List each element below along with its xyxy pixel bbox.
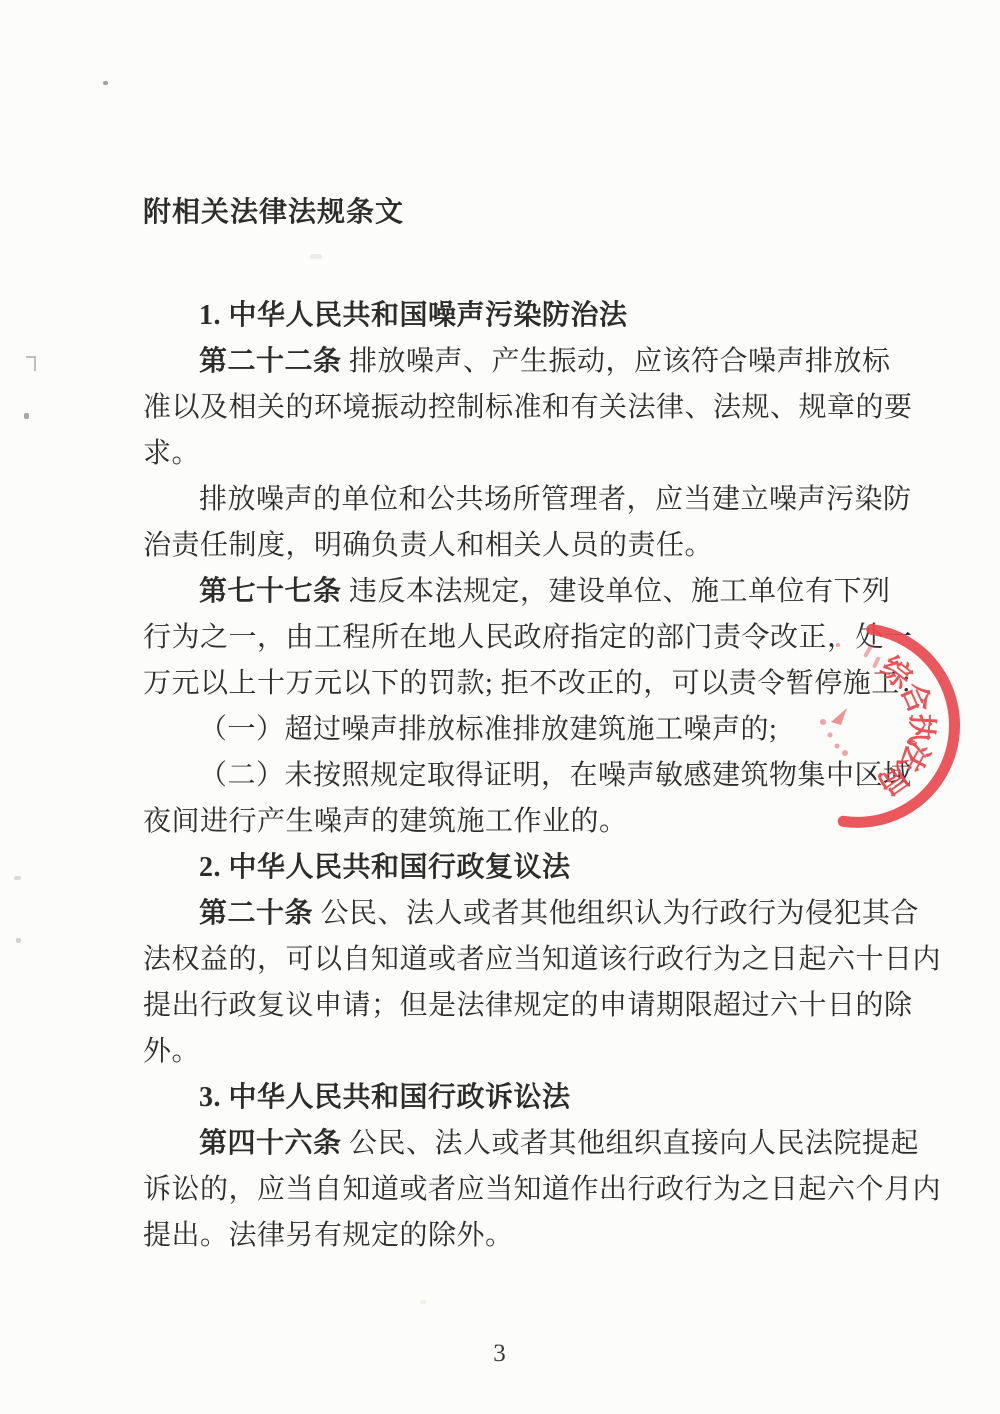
text-line: 求。 — [143, 431, 883, 477]
seal-character: 执 — [904, 713, 939, 745]
text-run: 诉讼的，应当自知道或者应当知道作出行政行为之日起六个月内 — [143, 1174, 941, 1205]
scan-speck — [420, 1300, 426, 1304]
text-run: 公民、法人或者其他组织认为行政行为侵犯其合 — [313, 898, 919, 929]
text-run: 违反本法规定，建设单位、施工单位有下列 — [342, 576, 891, 607]
bold-run: 第四十六条 — [199, 1128, 342, 1159]
document-body: 附相关法律法规条文 1. 中华人民共和国噪声污染防治法第二十二条 排放噪声、产生… — [143, 190, 883, 1259]
text-line: 准以及相关的环境振动控制标准和有关法律、法规、规章的要 — [143, 385, 883, 431]
text-run: 排放噪声、产生振动，应该符合噪声排放标 — [342, 346, 891, 377]
text-run: （二）未按照规定取得证明，在噪声敏感建筑物集中区域 — [199, 760, 912, 791]
text-run: 提出行政复议申请；但是法律规定的申请期限超过六十日的除 — [143, 990, 913, 1021]
text-line: 外。 — [143, 1029, 883, 1075]
article-line: 第二十条 公民、法人或者其他组织认为行政行为侵犯其合 — [143, 891, 883, 937]
text-run: 法权益的，可以自知道或者应当知道该行政行为之日起六十日内 — [143, 944, 941, 975]
text-run: 准以及相关的环境振动控制标准和有关法律、法规、规章的要 — [143, 392, 913, 423]
text-line: 提出行政复议申请；但是法律规定的申请期限超过六十日的除 — [143, 983, 883, 1029]
text-run: 求。 — [143, 438, 200, 469]
text-run: 治责任制度，明确负责人和相关人员的责任。 — [143, 530, 713, 561]
text-run: 万元以上十万元以下的罚款; 拒不改正的，可以责令暂停施工： — [143, 668, 928, 699]
article-line: 第四十六条 公民、法人或者其他组织直接向人民法院提起 — [143, 1121, 883, 1167]
text-line: 提出。法律另有规定的除外。 — [143, 1213, 883, 1259]
bold-run: 3. 中华人民共和国行政诉讼法 — [199, 1082, 571, 1113]
text-line: 诉讼的，应当自知道或者应当知道作出行政行为之日起六个月内 — [143, 1167, 883, 1213]
list-item-line: （二）未按照规定取得证明，在噪声敏感建筑物集中区域 — [143, 753, 883, 799]
scan-speck — [310, 254, 322, 259]
text-line: 夜间进行产生噪声的建筑施工作业的。 — [143, 799, 883, 845]
page-title: 附相关法律法规条文 — [143, 190, 883, 236]
article-line: 第二十二条 排放噪声、产生振动，应该符合噪声排放标 — [143, 339, 883, 385]
text-line: 排放噪声的单位和公共场所管理者，应当建立噪声污染防 — [143, 477, 883, 523]
scanned-document-page: 附相关法律法规条文 1. 中华人民共和国噪声污染防治法第二十二条 排放噪声、产生… — [0, 0, 1000, 1414]
scan-speck — [16, 938, 21, 943]
text-run: 提出。法律另有规定的除外。 — [143, 1220, 514, 1251]
text-run: 夜间进行产生噪声的建筑施工作业的。 — [143, 806, 628, 837]
text-run: 外。 — [143, 1036, 200, 1067]
section-heading-1: 1. 中华人民共和国噪声污染防治法 — [143, 293, 883, 339]
text-line: 万元以上十万元以下的罚款; 拒不改正的，可以责令暂停施工： — [143, 661, 883, 707]
scan-speck — [14, 876, 21, 880]
section-heading-3: 3. 中华人民共和国行政诉讼法 — [143, 1075, 883, 1121]
list-item-line: （一）超过噪声排放标准排放建筑施工噪声的; — [143, 707, 883, 753]
bold-run: 第七十七条 — [199, 576, 342, 607]
bold-run: 第二十二条 — [199, 346, 342, 377]
scan-speck — [287, 1231, 295, 1236]
scan-speck — [103, 81, 108, 85]
scan-speck — [26, 356, 36, 371]
scan-speck — [24, 413, 29, 419]
page-number: 3 — [0, 1340, 1000, 1368]
bold-run: 第二十条 — [199, 898, 313, 929]
bold-run: 2. 中华人民共和国行政复议法 — [199, 852, 571, 883]
text-line: 法权益的，可以自知道或者应当知道该行政行为之日起六十日内 — [143, 937, 883, 983]
article-line: 第七十七条 违反本法规定，建设单位、施工单位有下列 — [143, 569, 883, 615]
text-run: 排放噪声的单位和公共场所管理者，应当建立噪声污染防 — [199, 484, 912, 515]
text-run: （一）超过噪声排放标准排放建筑施工噪声的; — [199, 714, 777, 745]
document-text: 1. 中华人民共和国噪声污染防治法第二十二条 排放噪声、产生振动，应该符合噪声排… — [143, 293, 883, 1259]
text-line: 行为之一，由工程所在地人民政府指定的部门责令改正，处一 — [143, 615, 883, 661]
text-run: 公民、法人或者其他组织直接向人民法院提起 — [342, 1128, 920, 1159]
section-heading-2: 2. 中华人民共和国行政复议法 — [143, 845, 883, 891]
bold-run: 1. 中华人民共和国噪声污染防治法 — [199, 300, 628, 331]
text-run: 行为之一，由工程所在地人民政府指定的部门责令改正，处一 — [143, 622, 913, 653]
text-line: 治责任制度，明确负责人和相关人员的责任。 — [143, 523, 883, 569]
